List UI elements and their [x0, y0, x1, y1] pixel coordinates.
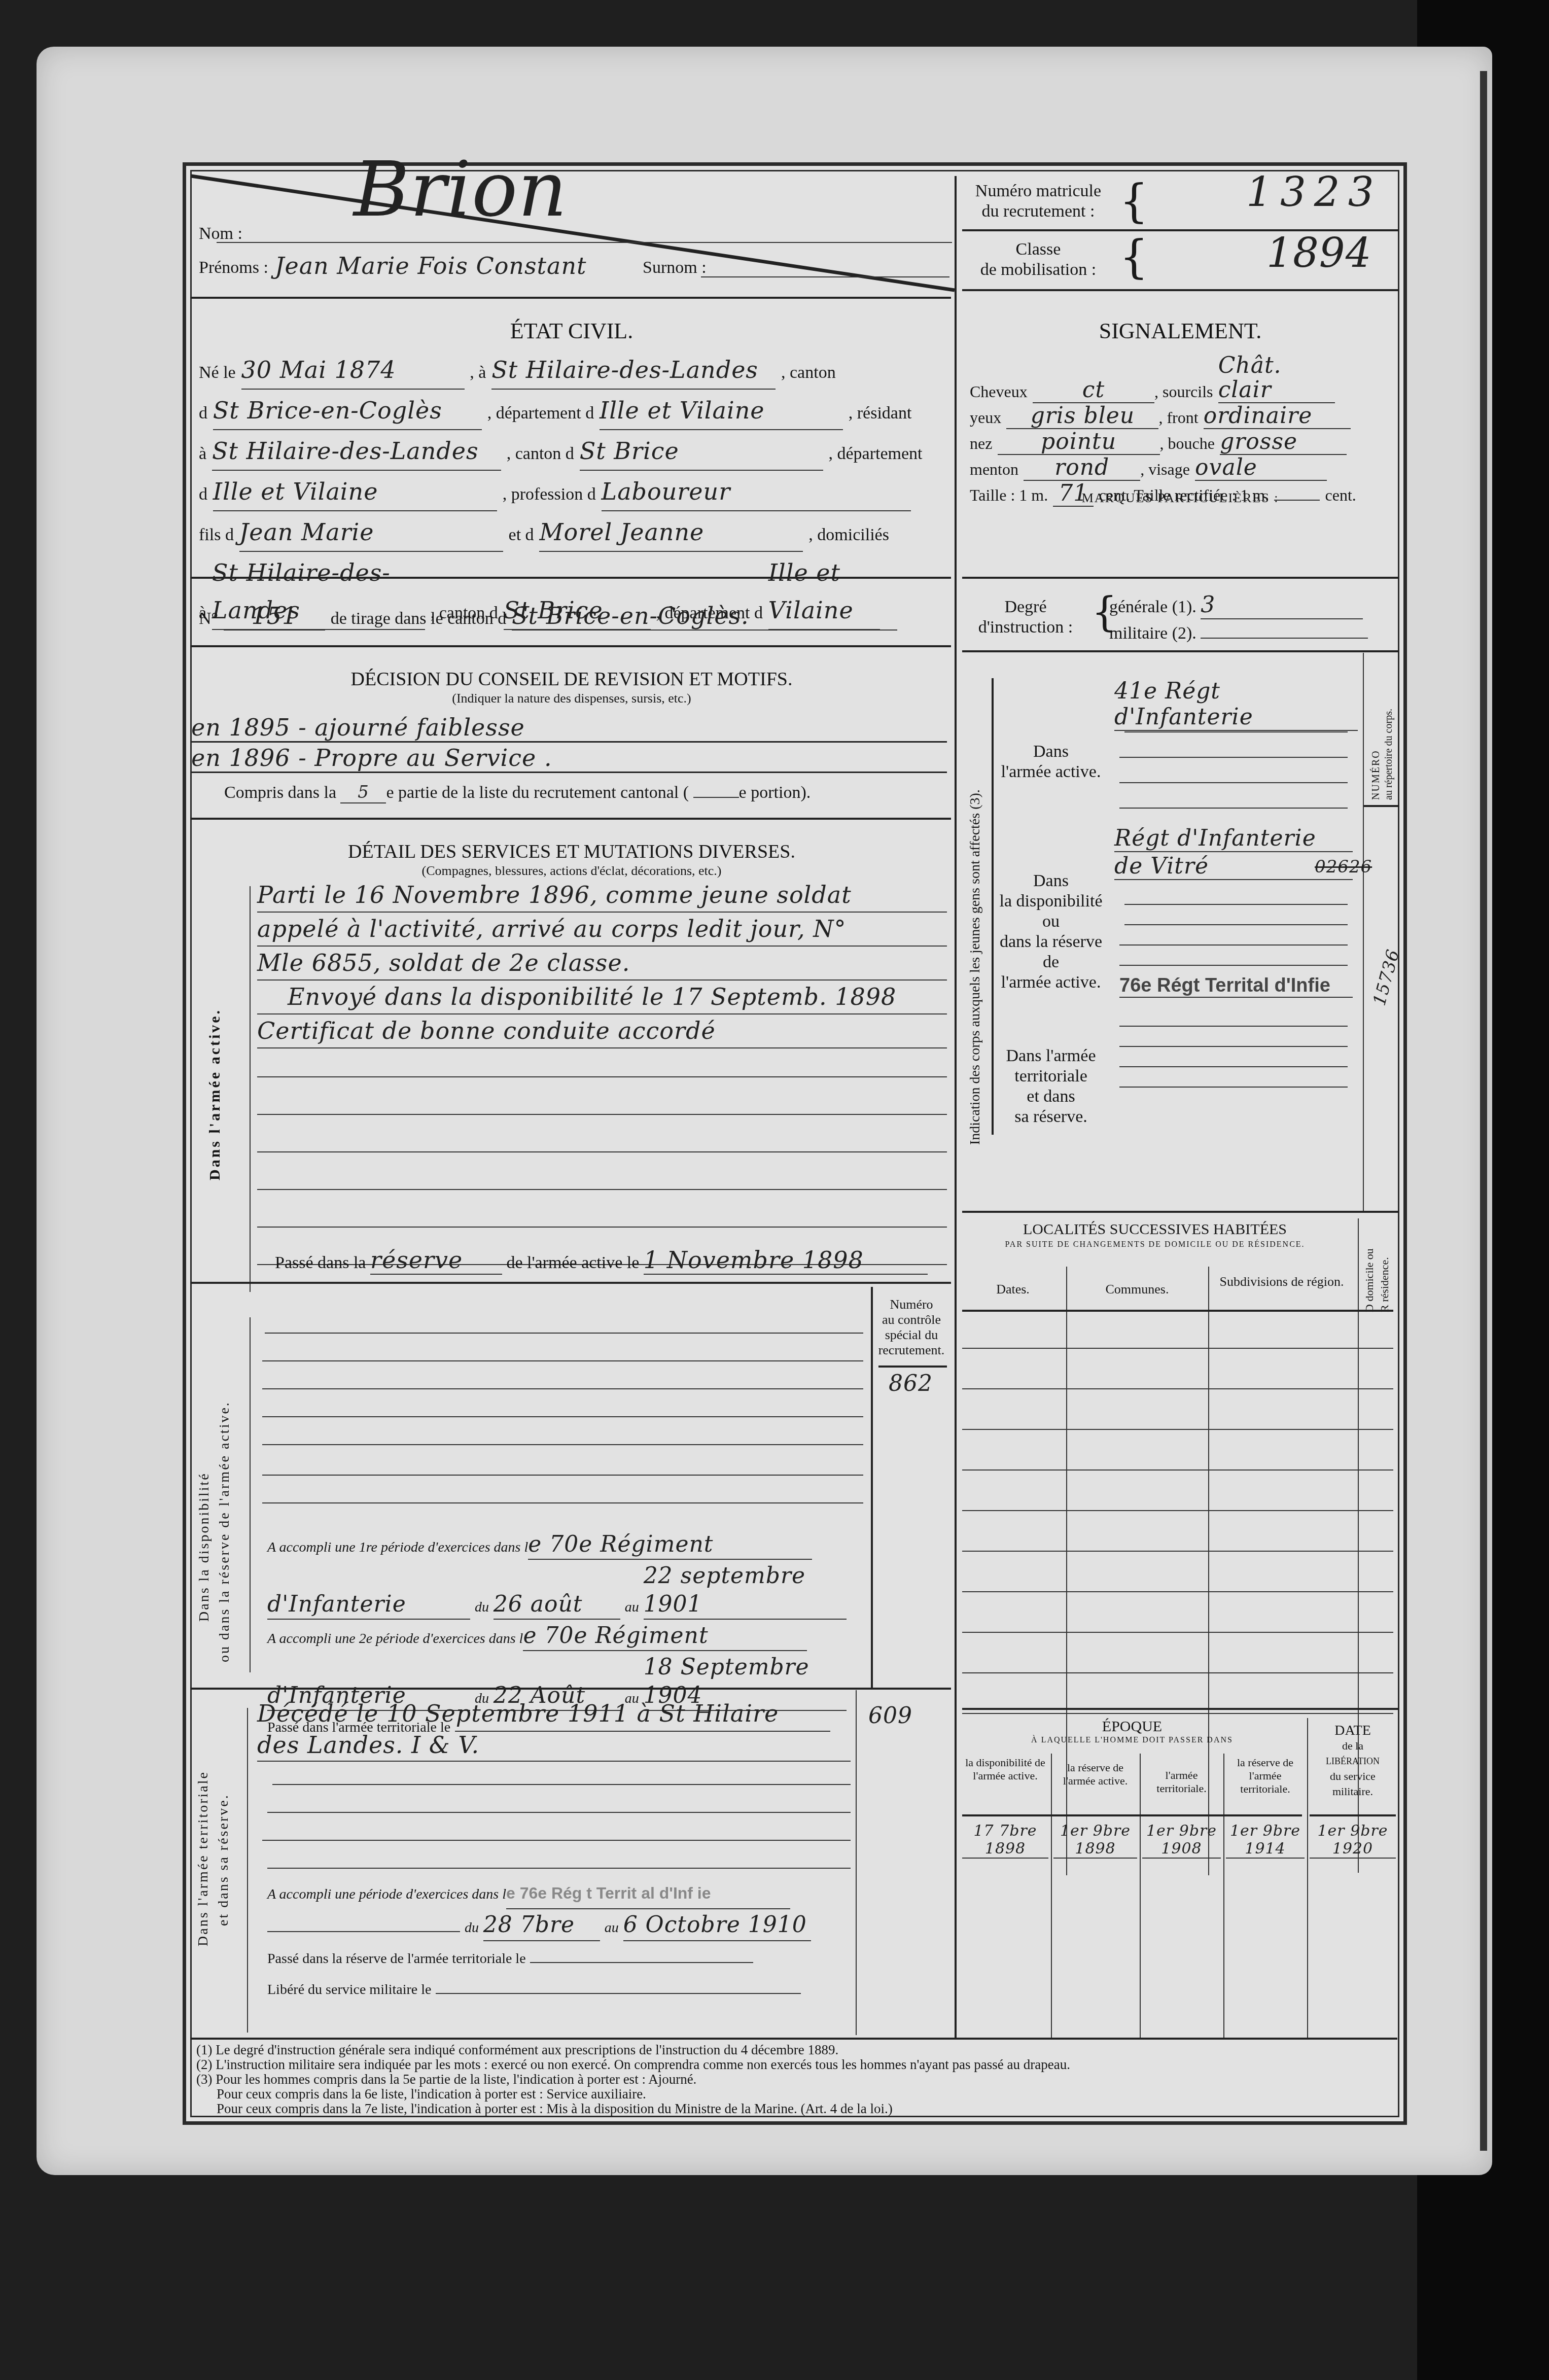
corps-terr-stamp: 76e Régt Territal d'Infie — [1119, 975, 1353, 998]
label-line: Dans — [998, 742, 1104, 762]
epoque-col-rule — [1051, 1754, 1052, 2038]
birth-departement: Ille et Vilaine — [600, 392, 843, 430]
front-label: , front — [1158, 408, 1198, 427]
corps-terr-numero: 15736 — [1369, 947, 1404, 1008]
compris-partie: 5 — [340, 782, 386, 803]
localites-side-1: D domicile ou — [1363, 1248, 1376, 1312]
label-line: territoriale — [998, 1066, 1104, 1087]
birth-date: 30 Mai 1874 — [241, 351, 465, 390]
surnom-label: Surnom : — [643, 258, 707, 277]
numero-header-2: au contrôle — [876, 1312, 947, 1327]
label-line: dans la réserve — [998, 932, 1104, 952]
domicilies-label: , domiciliés — [808, 526, 889, 544]
label-line: sa réserve. — [998, 1107, 1104, 1127]
ruled-line — [262, 1388, 863, 1389]
localites-col-dates: Dates. — [962, 1282, 1064, 1297]
label-line: l'armée active. — [998, 762, 1104, 782]
ruled-line — [262, 1502, 863, 1503]
de-label: d — [199, 404, 207, 423]
footnote-5: Pour ceux compris dans la 7e liste, l'in… — [196, 2102, 1393, 2116]
periode2-label: A accompli une 2e période d'exercices da… — [267, 1631, 523, 1647]
signalement-title: SIGNALEMENT. — [957, 318, 1403, 344]
menton-label: menton — [970, 460, 1018, 478]
visage-value: ovale — [1195, 456, 1327, 481]
footnote-1: (1) Le degré d'instruction générale sera… — [196, 2043, 1393, 2057]
ruled-line — [262, 1416, 863, 1417]
parents-line: fils d Jean Marie et d Morel Jeanne , do… — [199, 513, 949, 554]
periode2-corps: e 70e Régiment — [523, 1622, 807, 1651]
ruled-line — [1119, 1087, 1348, 1088]
ruled-line — [962, 1429, 1393, 1430]
profession: Laboureur — [602, 473, 911, 511]
localites-subtitle: PAR SUITE DE CHANGEMENTS DE DOMICILE OU … — [957, 1240, 1353, 1249]
militaire-value — [1201, 622, 1368, 639]
ruled-line — [962, 1469, 1393, 1471]
ruled-line — [262, 1840, 851, 1841]
birth-place: St Hilaire-des-Landes — [491, 351, 776, 390]
ruled-line — [1124, 904, 1348, 905]
passe-value: réserve — [370, 1246, 502, 1275]
divider — [190, 577, 951, 579]
ruled-line — [962, 1388, 1393, 1389]
matricule-value: 1323 — [1246, 168, 1382, 216]
numero-column-rule — [871, 1287, 873, 1688]
menton-value: rond — [1024, 456, 1140, 481]
ruled-line — [1119, 782, 1348, 783]
tirage-number: 151 — [224, 602, 325, 631]
instruction-values: générale (1). 3 militaire (2). — [1109, 592, 1368, 647]
ruled-line — [267, 1868, 851, 1869]
ruled-line — [1124, 731, 1348, 732]
tirage-label: de tirage dans le canton d — [331, 609, 506, 628]
epoque-col-4-label: la réserve de l'armée territoriale. — [1226, 1756, 1305, 1796]
service-line-5: Certificat de bonne conduite accordé — [257, 1014, 947, 1048]
passe-reserve-line: Passé dans la réserve de l'armée active … — [275, 1246, 928, 1275]
service-line-empty — [257, 1161, 947, 1190]
front-value: ordinaire — [1204, 404, 1351, 429]
ruled-line — [272, 1784, 851, 1785]
fils-label: fils d — [199, 526, 234, 544]
decision-subtitle: (Indiquer la nature des dispenses, sursi… — [186, 691, 957, 706]
departement-label-2: , département — [828, 444, 922, 463]
periode1-du: 26 août — [494, 1590, 620, 1620]
localites-side-2: R résidence. — [1378, 1257, 1391, 1312]
localites-header-rule — [962, 1310, 1393, 1312]
instruction-label: Degré d'instruction : — [970, 597, 1081, 638]
ruled-line — [267, 1812, 851, 1813]
instruction-label-1: Degré — [970, 597, 1081, 617]
etat-civil-body: Né le 30 Mai 1874 , à St Hilaire-des-Lan… — [199, 351, 949, 632]
ruled-line — [962, 1591, 1393, 1592]
residence-line: à St Hilaire-des-Landes , canton d St Br… — [199, 432, 949, 473]
ruled-line — [1119, 944, 1348, 946]
numero-header-rule — [878, 1366, 947, 1368]
periode1-corps-2: d'Infanterie — [267, 1590, 470, 1620]
corps-dispo-label: Dans la disponibilité ou dans la réserve… — [998, 871, 1104, 993]
service-line-1: Parti le 16 Novembre 1896, comme jeune s… — [257, 879, 947, 913]
services-side-label: Dans l'armée active. — [206, 1008, 224, 1180]
bouche-value: grosse — [1220, 430, 1347, 455]
matricule-brace: { — [1119, 181, 1148, 222]
ruled-line — [962, 1713, 1393, 1714]
localites-title: LOCALITÉS SUCCESSIVES HABITÉES — [957, 1221, 1353, 1238]
service-line-empty — [257, 1048, 947, 1077]
sourcils-value: Chât. clair — [1218, 354, 1335, 403]
blank-line — [267, 1916, 460, 1932]
compris-portion — [693, 797, 739, 798]
periode2-line: A accompli une 2e période d'exercices da… — [267, 1622, 866, 1653]
au-label: au — [625, 1599, 639, 1615]
passe-middle: de l'armée active le — [506, 1253, 639, 1272]
epoque-subtitle: À LAQUELLE L'HOMME DOIT PASSER DANS — [957, 1736, 1307, 1745]
et-label: et d — [509, 526, 534, 544]
militaire-label: militaire (2). — [1109, 624, 1196, 643]
corps-terr-label: Dans l'armée territoriale et dans sa rés… — [998, 1046, 1104, 1127]
corps-numero-label-2: au répertoire du corps. — [1383, 709, 1395, 800]
deces-line-2: des Landes. I & V. — [257, 1729, 851, 1762]
ruled-line — [1119, 1066, 1348, 1067]
numero-controle-value: 862 — [889, 1371, 933, 1396]
corps-dispo-value-1: Régt d'Infanterie — [1114, 825, 1353, 852]
services-bracket — [250, 886, 251, 1292]
matricule-label-1: Numéro matricule — [967, 181, 1109, 201]
label-line: de la — [1310, 1738, 1396, 1754]
label-line: Dans l'armée — [998, 1046, 1104, 1066]
epoque-title: ÉPOQUE — [957, 1718, 1307, 1735]
reserve-side-label-1: Dans la disponibilité — [196, 1472, 213, 1622]
passe-date: 1 Novembre 1898 — [644, 1246, 928, 1275]
cheveux-label: Cheveux — [970, 382, 1028, 401]
divider — [190, 818, 951, 820]
cheveux-value: ct — [1033, 378, 1154, 403]
territoriale-periode-line: A accompli une période d'exercices dans … — [267, 1878, 851, 1910]
footnotes: (1) Le degré d'instruction générale sera… — [196, 2043, 1393, 2116]
yeux-value: gris bleu — [1006, 404, 1158, 429]
epoque-col-3-value: 1er 9bre 1908 — [1142, 1822, 1221, 1859]
territoriale-lines: Décédé le 10 Septembre 1911 à St Hilaire… — [257, 1698, 851, 1762]
epoque-col-2-label: la réserve de l'armée active. — [1053, 1761, 1137, 1788]
territoriale-periode-label: A accompli une période d'exercices dans … — [267, 1886, 506, 1902]
d-label: d — [199, 485, 207, 504]
liberation-value: 1er 9bre 1920 — [1310, 1822, 1396, 1859]
territoriale-du: 28 7bre — [483, 1910, 600, 1941]
epoque-col-rule — [1223, 1754, 1224, 2038]
libere-line: Libéré du service militaire le — [267, 1974, 851, 2005]
corps-numero-rule-h — [1364, 805, 1399, 807]
epoque-rule — [1307, 1718, 1308, 2038]
territoriale-numero-rule — [856, 1690, 857, 2035]
corps-numero-rule — [1363, 653, 1364, 1211]
label-line: DATE — [1310, 1723, 1396, 1738]
instruction-label-2: d'instruction : — [970, 617, 1081, 638]
visage-label: , visage — [1140, 460, 1190, 478]
generale-value: 3 — [1201, 592, 1363, 619]
territoriale-numero: 609 — [868, 1703, 912, 1729]
etat-civil-title: ÉTAT CIVIL. — [186, 318, 957, 344]
compris-prefix: Compris dans la — [224, 783, 336, 802]
periode1-corps: e 70e Régiment — [528, 1530, 812, 1560]
numero-header-1: Numéro — [876, 1297, 947, 1312]
ruled-line — [262, 1475, 863, 1476]
ne-le-label: Né le — [199, 363, 236, 382]
compris-line: Compris dans la 5e partie de la liste du… — [224, 782, 811, 803]
matricule-label-2: du recrutement : — [967, 201, 1109, 222]
territoriale-au: 6 Octobre 1910 — [623, 1910, 811, 1941]
periode1-label: A accompli une 1re période d'exercices d… — [267, 1539, 528, 1555]
tirage-canton: St Brice-en-Coglès. — [512, 602, 897, 631]
matricule-label: Numéro matricule du recrutement : — [967, 181, 1109, 222]
decision-line-1: en 1895 - ajourné faiblesse — [191, 714, 947, 743]
corps-side-label: Indication des corps auxquels les jeunes… — [967, 789, 983, 1145]
marques-title: MARQUES PARTICULIÈRES : — [957, 491, 1403, 506]
ruled-line — [962, 1632, 1393, 1633]
territoriale-side-label-2: et dans sa réserve. — [216, 1794, 232, 1926]
territoriale-reserve-label: Passé dans la réserve de l'armée territo… — [267, 1951, 526, 1967]
label-line: la disponibilité — [998, 891, 1104, 912]
epoque-col-1-value: 17 7bre 1898 — [962, 1822, 1048, 1859]
territoriale-periode-dates: du 28 7bre au 6 Octobre 1910 — [267, 1910, 851, 1943]
epoque-header-rule — [962, 1814, 1302, 1816]
decision-title: DÉCISION DU CONSEIL DE REVISION ET MOTIF… — [186, 668, 957, 690]
compris-suffix: e portion). — [739, 783, 811, 802]
corps-active-value: 41e Régt d'Infanterie — [1114, 678, 1358, 731]
reserve-bracket — [250, 1317, 251, 1672]
tirage-line: N° 151 de tirage dans le canton d St Bri… — [199, 602, 897, 631]
residence-canton: St Brice — [580, 432, 823, 471]
nom-label: Nom : — [199, 224, 242, 243]
profession-label: , profession d — [503, 485, 596, 504]
a-label-2: à — [199, 444, 206, 463]
nom-line — [217, 242, 952, 243]
mother-name: Morel Jeanne — [539, 513, 803, 552]
territoriale-periode: A accompli une période d'exercices dans … — [267, 1878, 851, 2005]
column-divider — [955, 176, 957, 2038]
divider — [962, 1708, 1398, 1710]
periode1-line: A accompli une 1re période d'exercices d… — [267, 1530, 866, 1562]
service-line-4: Envoyé dans la disponibilité le 17 Septe… — [257, 981, 947, 1014]
surnom-field — [701, 257, 949, 277]
classe-value: 1894 — [1266, 229, 1372, 276]
periode1-au: 22 septembre 1901 — [644, 1562, 847, 1620]
ruled-line — [1124, 924, 1348, 925]
epoque-col-1-label: la disponibilité de l'armée active. — [962, 1756, 1048, 1782]
libere-label: Libéré du service militaire le — [267, 1982, 431, 1998]
du-label: du — [475, 1599, 489, 1615]
generale-label: générale (1). — [1109, 598, 1196, 616]
footnote-4: Pour ceux compris dans la 6e liste, l'in… — [196, 2087, 1393, 2102]
tirage-no-label: N° — [199, 609, 218, 628]
territoriale-reserve-line: Passé dans la réserve de l'armée territo… — [267, 1943, 851, 1974]
footnote-2: (2) L'instruction militaire sera indiqué… — [196, 2057, 1393, 2072]
territoriale-reserve-date — [530, 1947, 753, 1963]
divider — [962, 650, 1398, 652]
territoriale-side-label-1: Dans l'armée territoriale — [195, 1771, 212, 1946]
corps-numero-label-1: NUMÉRO — [1370, 750, 1382, 800]
surname-value: Brion — [354, 146, 568, 234]
ruled-line — [962, 1672, 1393, 1673]
epoque-col-3-label: l'armée territoriale. — [1142, 1769, 1221, 1795]
corps-bracket — [992, 678, 994, 1135]
nez-value: pointu — [998, 430, 1160, 455]
matricule-form: Brion Nom : Prénoms : Jean Marie Fois Co… — [183, 162, 1407, 2125]
service-line-2: appelé à l'activité, arrivé au corps led… — [257, 913, 947, 947]
territoriale-bracket — [247, 1708, 248, 2033]
service-line-empty — [257, 1199, 947, 1228]
corps-dispo-numero: 02626 — [1315, 857, 1372, 877]
divider — [190, 297, 951, 299]
decision-line-2: en 1896 - Propre au Service . — [191, 744, 947, 773]
divider — [962, 289, 1398, 291]
services-lines: Parti le 16 Novembre 1896, comme jeune s… — [257, 879, 947, 1274]
classe-brace: { — [1119, 237, 1148, 277]
yeux-label: yeux — [970, 408, 1001, 427]
service-line-empty — [257, 1124, 947, 1152]
signalement-body: Cheveux ct, sourcils Chât. clair yeux gr… — [970, 354, 1396, 507]
service-line-3: Mle 6855, soldat de 2e classe. — [257, 947, 947, 981]
book-spine — [1480, 71, 1487, 2151]
du-label: du — [465, 1920, 479, 1936]
periode1-dates: d'Infanterie du 26 août au 22 septembre … — [267, 1562, 866, 1622]
liberation-header-rule — [1310, 1814, 1396, 1816]
departement-label: , département d — [487, 404, 594, 423]
label-line: militaire. — [1310, 1784, 1396, 1799]
numero-header-4: recrutement. — [876, 1343, 947, 1358]
service-line-empty — [257, 1086, 947, 1115]
divider — [190, 1282, 951, 1284]
sourcils-label: , sourcils — [1154, 382, 1213, 401]
libere-date — [436, 1978, 801, 1994]
bouche-label: , bouche — [1160, 434, 1215, 452]
epoque-col-rule — [1140, 1754, 1141, 2038]
services-subtitle: (Compagnes, blessures, actions d'éclat, … — [186, 863, 957, 879]
label-line: ou — [998, 912, 1104, 932]
profession-line: d Ille et Vilaine , profession d Laboure… — [199, 473, 949, 513]
a-label: , à — [470, 363, 486, 382]
classe-label: Classe de mobilisation : — [967, 239, 1109, 280]
compris-middle: e partie de la liste du recrutement cant… — [386, 783, 689, 802]
deces-line-1: Décédé le 10 Septembre 1911 à St Hilaire — [257, 1698, 851, 1729]
divider — [190, 2038, 1397, 2040]
prenoms-value: Jean Marie Fois Constant — [275, 252, 587, 279]
territoriale-periode-stamp: e 76e Rég t Territ al d'Inf ie — [506, 1878, 790, 1909]
label-line: de — [998, 952, 1104, 972]
residence-departement: Ille et Vilaine — [213, 473, 497, 511]
canton-label-2: , canton d — [507, 444, 574, 463]
canton-label: , canton — [781, 363, 836, 382]
localites-col-subdivisions: Subdivisions de région. — [1211, 1274, 1353, 1289]
footnote-3: (3) Pour les hommes compris dans la 5e p… — [196, 2072, 1393, 2087]
father-name: Jean Marie — [239, 513, 503, 552]
birth-canton: St Brice-en-Coglès — [213, 392, 482, 430]
divider — [962, 577, 1398, 579]
ruled-line — [1119, 1026, 1348, 1027]
canton-line: d St Brice-en-Coglès , département d Ill… — [199, 392, 949, 432]
corps-active-label: Dans l'armée active. — [998, 742, 1104, 782]
label-line: Dans — [998, 871, 1104, 891]
ruled-line — [1119, 757, 1348, 758]
label-line: et dans — [998, 1087, 1104, 1107]
numero-controle-header: Numéro au contrôle spécial du recrutemen… — [876, 1297, 947, 1358]
label-line: l'armée active. — [998, 972, 1104, 993]
ruled-line — [962, 1348, 1393, 1349]
ruled-line — [962, 1510, 1393, 1511]
services-title: DÉTAIL DES SERVICES ET MUTATIONS DIVERSE… — [186, 841, 957, 863]
ruled-line — [262, 1360, 863, 1361]
classe-label-2: de mobilisation : — [967, 260, 1109, 280]
ruled-line — [1119, 965, 1348, 966]
epoque-col-4-value: 1er 9bre 1914 — [1226, 1822, 1305, 1859]
ruled-line — [962, 1551, 1393, 1552]
birth-line: Né le 30 Mai 1874 , à St Hilaire-des-Lan… — [199, 351, 949, 392]
au-label: au — [605, 1920, 619, 1936]
ruled-line — [265, 1333, 863, 1334]
divider — [962, 1211, 1398, 1213]
ruled-line — [262, 1444, 863, 1445]
prenoms-label: Prénoms : — [199, 258, 268, 277]
nez-label: nez — [970, 434, 992, 452]
numero-header-3: spécial du — [876, 1327, 947, 1343]
classe-label-1: Classe — [967, 239, 1109, 260]
liberation-label: DATE de la LIBÉRATION du service militai… — [1310, 1723, 1396, 1799]
epoque-col-2-value: 1er 9bre 1898 — [1053, 1822, 1137, 1859]
ruled-line — [1119, 808, 1348, 809]
reserve-side-label-2: ou dans la réserve de l'armée active. — [217, 1401, 233, 1662]
residence: St Hilaire-des-Landes — [212, 432, 501, 471]
ruled-line — [1119, 1046, 1348, 1047]
localites-col-communes: Communes. — [1069, 1282, 1206, 1297]
divider — [190, 1688, 951, 1690]
label-line: du service — [1310, 1769, 1396, 1784]
label-line: LIBÉRATION — [1310, 1754, 1396, 1769]
passe-prefix: Passé dans la — [275, 1253, 366, 1272]
residant-label: , résidant — [849, 404, 912, 423]
divider — [190, 645, 951, 647]
